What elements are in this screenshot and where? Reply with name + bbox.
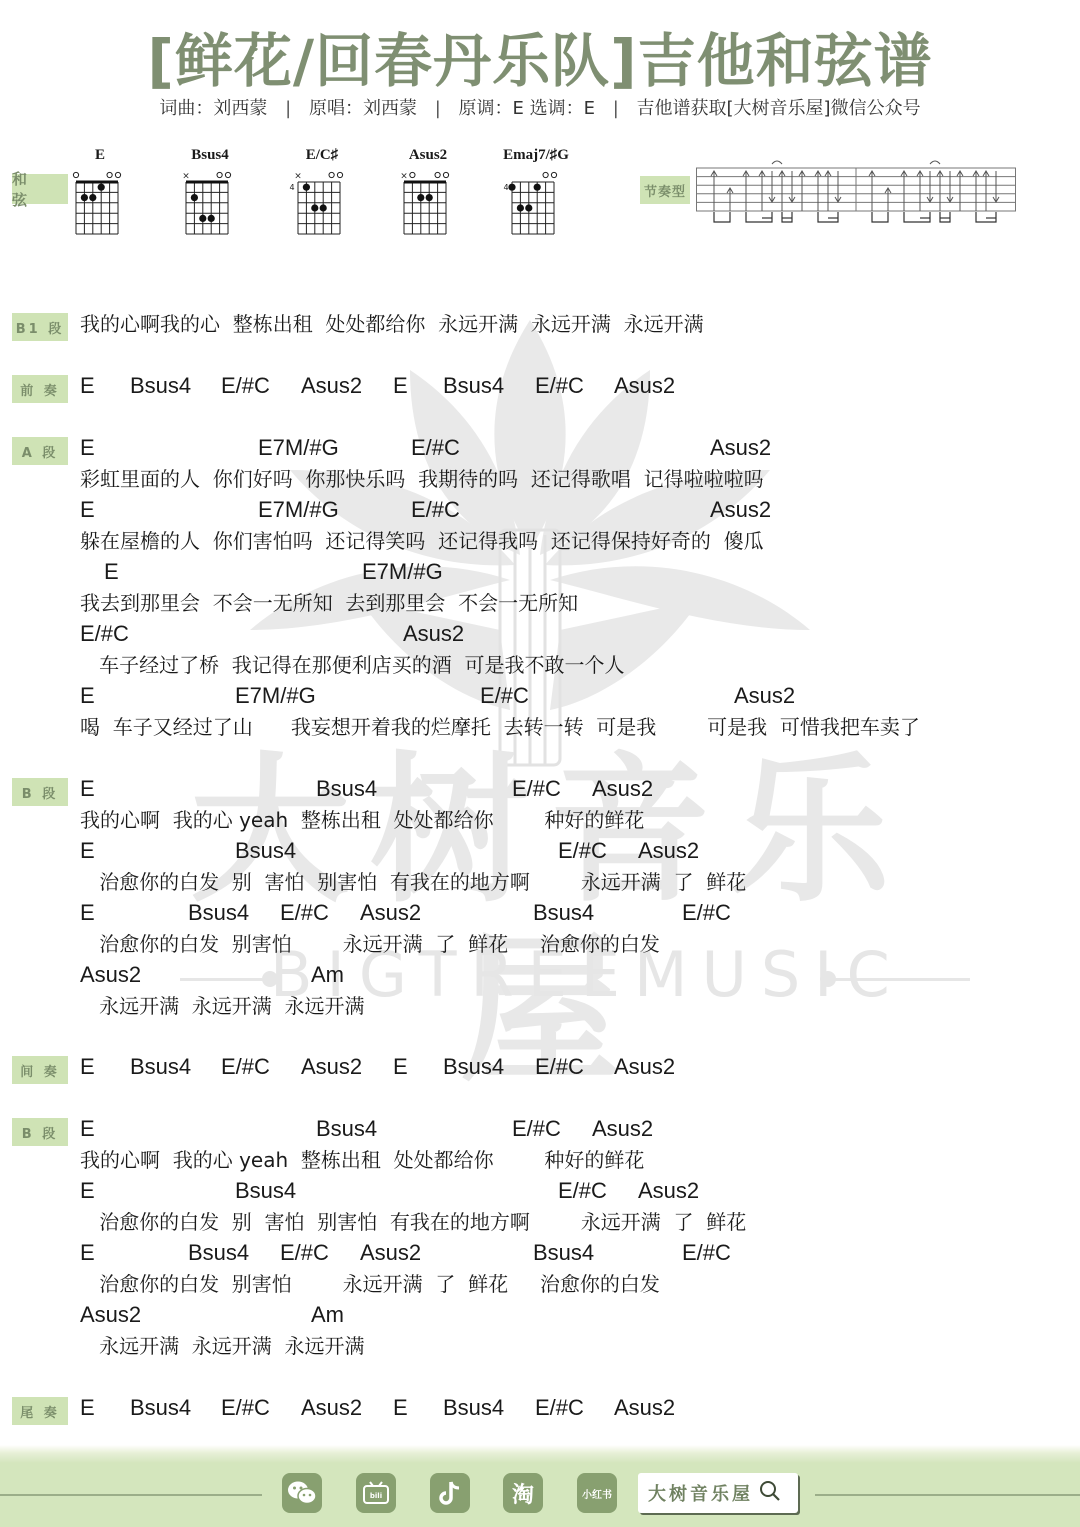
chord-symbol: E/#C: [480, 683, 529, 709]
chord-symbol: Asus2: [614, 1395, 675, 1421]
chord-symbol: E: [80, 1116, 95, 1142]
meta-original-singer: 原唱：刘西蒙: [309, 98, 417, 119]
chord-symbol: Bsus4: [188, 900, 249, 926]
lyric-line: 我的心啊 我的心 yeah 整栋出租 处处都给你 种好的鲜花: [80, 1147, 644, 1173]
section-label-b1: B1 段: [12, 313, 68, 341]
chord-line: EBsus4E/#CAsus2Bsus4E/#C: [80, 900, 1040, 926]
chord-line: EE7M/#G: [80, 559, 1040, 585]
chord-symbol: E/#C: [80, 621, 129, 647]
chord-symbol: E7M/#G: [362, 559, 443, 585]
rhythm-label: 节奏型: [640, 176, 690, 204]
chord-symbol: E/#C: [411, 435, 460, 461]
chord-name: Emaj7/♯G: [491, 146, 581, 164]
taobao-icon[interactable]: 淘: [503, 1473, 543, 1513]
lyric-line: 我的心啊 我的心 yeah 整栋出租 处处都给你 种好的鲜花: [80, 807, 644, 833]
chord-symbol: E/#C: [221, 1395, 270, 1421]
meta-separator: |: [435, 98, 441, 119]
chord-symbol: E/#C: [535, 1054, 584, 1080]
chord-symbol: E/#C: [512, 776, 561, 802]
chord-symbol: Asus2: [403, 621, 464, 647]
footer-divider-right: [815, 1494, 1080, 1496]
chord-symbol: E/#C: [221, 1054, 270, 1080]
chord-grid: ×: [165, 164, 255, 252]
svg-text:bili: bili: [370, 1492, 382, 1500]
svg-text:4: 4: [289, 183, 294, 192]
chord-symbol: Bsus4: [316, 776, 377, 802]
lyric-line: 治愈你的白发 别 害怕 别害怕 有我在的地方啊 永远开满 了 鲜花: [80, 1209, 746, 1235]
chord-line: EE7M/#GE/#CAsus2: [80, 435, 1040, 461]
chord-symbol: E: [104, 559, 119, 585]
chord-symbol: Asus2: [592, 1116, 653, 1142]
lyric-line: 永远开满 永远开满 永远开满: [80, 993, 365, 1019]
chord-symbol: Asus2: [80, 1302, 141, 1328]
chord-diagram: Bsus4×: [165, 146, 255, 252]
chord-symbol: Bsus4: [188, 1240, 249, 1266]
chord-symbol: Asus2: [734, 683, 795, 709]
chord-symbol: Bsus4: [443, 1395, 504, 1421]
chord-symbol: E7M/#G: [258, 497, 339, 523]
chord-symbol: E/#C: [535, 373, 584, 399]
chord-grid: 4: [491, 164, 581, 252]
chord-line: Asus2Am: [80, 1302, 1040, 1328]
chord-symbol: Asus2: [301, 1054, 362, 1080]
chord-grid: ×4: [277, 164, 367, 252]
chord-symbol: E: [80, 1178, 95, 1204]
svg-text:×: ×: [294, 172, 302, 182]
chord-symbol: E/#C: [280, 900, 329, 926]
lyric-line: 喝 车子又经过了山 我妄想开着我的烂摩托 去转一转 可是我 可是我 可惜我把车卖…: [80, 714, 920, 740]
chord-grid: ×: [383, 164, 473, 252]
lyric-line: 我去到那里会 不会一无所知 去到那里会 不会一无所知: [80, 590, 578, 616]
chord-symbol: Bsus4: [316, 1116, 377, 1142]
song-sheet: [鲜花/回春丹乐队]吉他和弦谱 词曲：刘西蒙 | 原唱：刘西蒙 | 原调：E 选…: [0, 0, 1080, 1527]
chord-symbol: Asus2: [614, 373, 675, 399]
chord-line: E/#CAsus2: [80, 621, 1040, 647]
xiaohongshu-icon[interactable]: 小红书: [577, 1473, 617, 1513]
lyric-line: 永远开满 永远开满 永远开满: [80, 1333, 365, 1359]
chord-symbol: Asus2: [301, 1395, 362, 1421]
chord-line: EBsus4E/#CAsus2EBsus4E/#CAsus2: [80, 1395, 1040, 1421]
chord-symbol: E7M/#G: [235, 683, 316, 709]
chord-line: EBsus4E/#CAsus2EBsus4E/#CAsus2: [80, 373, 1040, 399]
chord-symbol: Asus2: [80, 962, 141, 988]
meta-lyricist: 词曲：刘西蒙: [159, 98, 267, 119]
lyric-line: 治愈你的白发 别 害怕 别害怕 有我在的地方啊 永远开满 了 鲜花: [80, 869, 746, 895]
chord-line: EE7M/#GE/#CAsus2: [80, 497, 1040, 523]
chord-diagram: Emaj7/♯G4: [491, 146, 581, 252]
chord-symbol: Bsus4: [533, 1240, 594, 1266]
search-icon: [759, 1480, 781, 1507]
chord-symbol: E: [80, 373, 95, 399]
chord-line: EBsus4E/#CAsus2Bsus4E/#C: [80, 1240, 1040, 1266]
chord-symbol: Bsus4: [235, 1178, 296, 1204]
chord-name: Bsus4: [165, 146, 255, 164]
chord-line: EBsus4E/#CAsus2: [80, 776, 1040, 802]
lyric-line: 我的心啊我的心 整栋出租 处处都给你 永远开满 永远开满 永远开满: [80, 311, 704, 337]
footer-divider-left: [0, 1494, 262, 1496]
chord-symbol: E: [80, 776, 95, 802]
chord-symbol: Asus2: [360, 900, 421, 926]
chord-line: EBsus4E/#CAsus2: [80, 838, 1040, 864]
lyric-line: 治愈你的白发 别害怕 永远开满 了 鲜花 治愈你的白发: [80, 931, 660, 957]
chord-symbol: Asus2: [592, 776, 653, 802]
chord-symbol: E: [80, 838, 95, 864]
meta-separator: |: [285, 98, 291, 119]
meta-source: 吉他谱获取[大树音乐屋]微信公众号: [637, 98, 921, 119]
chord-symbol: Asus2: [360, 1240, 421, 1266]
chord-symbol: E: [393, 1395, 408, 1421]
chord-symbol: E: [393, 373, 408, 399]
section-label-b: B 段: [12, 778, 68, 806]
chord-symbol: Asus2: [614, 1054, 675, 1080]
chord-symbol: E: [80, 683, 95, 709]
chord-name: E/C♯: [277, 146, 367, 164]
section-label-b2: B 段: [12, 1118, 68, 1146]
chord-line: EBsus4E/#CAsus2EBsus4E/#CAsus2: [80, 1054, 1040, 1080]
lyric-line: 车子经过了桥 我记得在那便利店买的酒 可是我不敢一个人: [80, 652, 625, 678]
chord-diagram: E/C♯×4: [277, 146, 367, 252]
rhythm-pattern-diagram: [696, 156, 1018, 235]
chord-symbol: Bsus4: [130, 373, 191, 399]
page-title: [鲜花/回春丹乐队]吉他和弦谱: [0, 14, 1080, 98]
chord-symbol: E: [80, 900, 95, 926]
chord-symbol: Bsus4: [443, 1054, 504, 1080]
wechat-icon[interactable]: [282, 1473, 322, 1513]
chord-line: Asus2Am: [80, 962, 1040, 988]
bilibili-icon[interactable]: bili: [356, 1473, 396, 1513]
chord-symbol: E/#C: [558, 1178, 607, 1204]
lyric-line: 躲在屋檐的人 你们害怕吗 还记得笑吗 还记得我吗 还记得保持好奇的 傻瓜: [80, 528, 764, 554]
douyin-icon[interactable]: [430, 1473, 470, 1513]
brand-search-box[interactable]: 大树音乐屋: [638, 1473, 798, 1513]
chord-symbol: E/#C: [682, 900, 731, 926]
chord-name: E: [55, 146, 145, 164]
chord-symbol: E/#C: [411, 497, 460, 523]
meta-separator: |: [613, 98, 619, 119]
chord-line: EE7M/#GE/#CAsus2: [80, 683, 1040, 709]
svg-text:4: 4: [503, 183, 508, 192]
chord-symbol: E: [80, 497, 95, 523]
chord-name: Asus2: [383, 146, 473, 164]
chord-symbol: Am: [311, 1302, 344, 1328]
chord-symbol: E/#C: [221, 373, 270, 399]
chord-diagram: E: [55, 146, 145, 252]
chord-symbol: Bsus4: [130, 1395, 191, 1421]
footer-bar: bili 淘 小红书 大树音乐屋: [0, 1445, 1080, 1527]
chord-symbol: Bsus4: [130, 1054, 191, 1080]
chord-symbol: E/#C: [512, 1116, 561, 1142]
chord-line: EBsus4E/#CAsus2: [80, 1178, 1040, 1204]
chord-symbol: E: [80, 1054, 95, 1080]
chord-symbol: E/#C: [280, 1240, 329, 1266]
chord-symbol: Asus2: [710, 497, 771, 523]
chord-symbol: Asus2: [638, 1178, 699, 1204]
chord-diagram: Asus2×: [383, 146, 473, 252]
chord-symbol: Asus2: [301, 373, 362, 399]
meta-key: 原调：E 选调：E: [459, 98, 595, 119]
section-label-outro: 尾 奏: [12, 1397, 68, 1425]
section-label-intro: 前 奏: [12, 375, 68, 403]
chord-symbol: E/#C: [535, 1395, 584, 1421]
chord-symbol: Am: [311, 962, 344, 988]
svg-text:×: ×: [400, 172, 408, 182]
chord-symbol: Bsus4: [443, 373, 504, 399]
chord-symbol: E7M/#G: [258, 435, 339, 461]
lyric-line: 彩虹里面的人 你们好吗 你那快乐吗 我期待的吗 还记得歌唱 记得啦啦啦吗: [80, 466, 764, 492]
chord-symbol: E: [80, 1395, 95, 1421]
chord-symbol: Asus2: [710, 435, 771, 461]
chord-symbol: E: [80, 1240, 95, 1266]
section-label-interlude: 间 奏: [12, 1056, 68, 1084]
chord-grid: [55, 164, 145, 252]
chord-symbol: Bsus4: [235, 838, 296, 864]
chord-symbol: Bsus4: [533, 900, 594, 926]
svg-text:×: ×: [182, 172, 190, 182]
chord-symbol: E: [80, 435, 95, 461]
chord-line: EBsus4E/#CAsus2: [80, 1116, 1040, 1142]
chord-symbol: E/#C: [682, 1240, 731, 1266]
song-meta: 词曲：刘西蒙 | 原唱：刘西蒙 | 原调：E 选调：E | 吉他谱获取[大树音乐…: [0, 94, 1080, 120]
chord-symbol: E/#C: [558, 838, 607, 864]
lyric-line: 治愈你的白发 别害怕 永远开满 了 鲜花 治愈你的白发: [80, 1271, 660, 1297]
section-label-a: A 段: [12, 437, 68, 465]
chord-symbol: E: [393, 1054, 408, 1080]
chord-symbol: Asus2: [638, 838, 699, 864]
brand-search-label: 大树音乐屋: [648, 1480, 753, 1506]
